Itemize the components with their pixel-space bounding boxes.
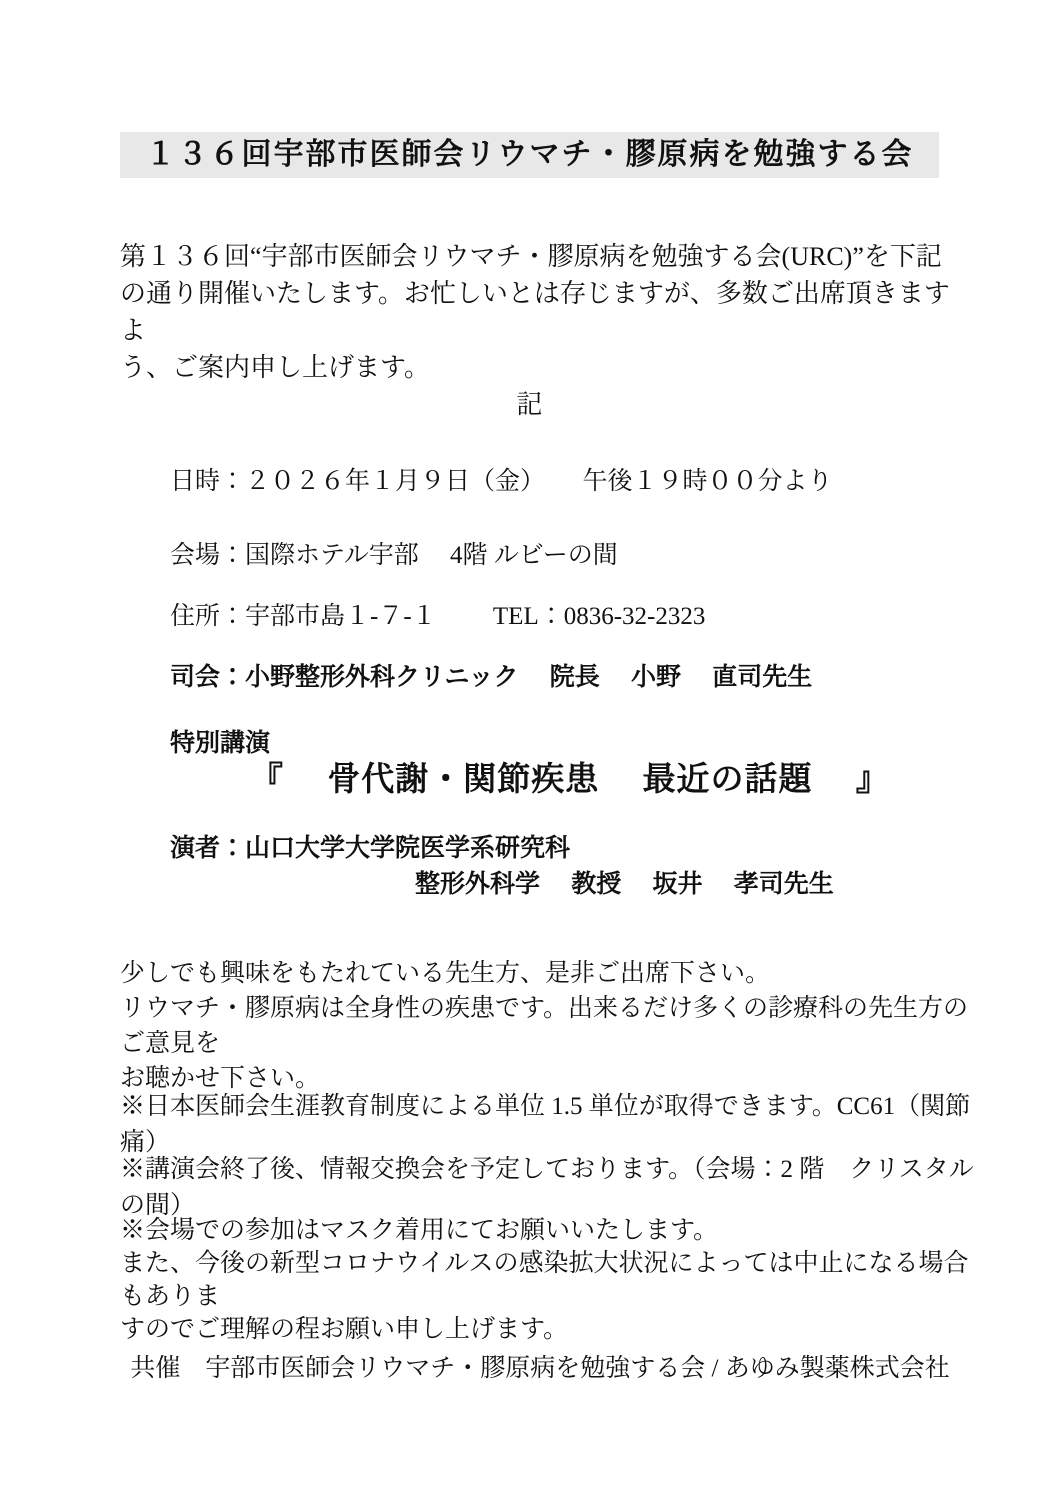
intro-paragraph: 第１３６回“宇部市医師会リウマチ・膠原病を勉強する会(URC)”を下記 の通り開… — [120, 238, 970, 386]
datetime-line: 日時：２０２６年１月９日（金） 午後１９時００分より — [170, 461, 833, 497]
address-line: 住所：宇部市島１-７-１ TEL：0836-32-2323 — [170, 596, 705, 632]
note-credit-line: ※日本医師会生涯教育制度による単位 1.5 単位が取得できます。CC61（関節痛… — [120, 1086, 980, 1158]
meeting-notice-document: １３６回宇部市医師会リウマチ・膠原病を勉強する会 第１３６回“宇部市医師会リウマ… — [0, 0, 1058, 1497]
moderator-line: 司会：小野整形外科クリニック 院長 小野 直司先生 — [170, 657, 812, 693]
venue-line: 会場：国際ホテル宇部 4階 ルビーの間 — [170, 535, 618, 571]
speaker-name-line: 整形外科学 教授 坂井 孝司先生 — [415, 864, 834, 900]
note-reception-line: ※講演会終了後、情報交換会を予定しております。（会場：2 階 クリスタルの間） — [120, 1149, 980, 1221]
cosponsor-footer-line: 共催 宇部市医師会リウマチ・膠原病を勉強する会 / あゆみ製薬株式会社 — [120, 1348, 960, 1384]
note-invitation-paragraph: 少しでも興味をもたれている先生方、是非ご出席下さい。 リウマチ・膠原病は全身性の… — [120, 956, 980, 1096]
lecture-title: 『 骨代謝・関節疾患 最近の話題 』 — [250, 753, 890, 800]
ki-heading: 記 — [120, 384, 939, 421]
document-title-banner: １３６回宇部市医師会リウマチ・膠原病を勉強する会 — [120, 132, 939, 178]
note-mask-paragraph: ※会場での参加はマスク着用にてお願いいたします。 また、今後の新型コロナウイルス… — [120, 1214, 980, 1346]
speaker-affiliation-line: 演者：山口大学大学院医学系研究科 — [170, 828, 570, 864]
